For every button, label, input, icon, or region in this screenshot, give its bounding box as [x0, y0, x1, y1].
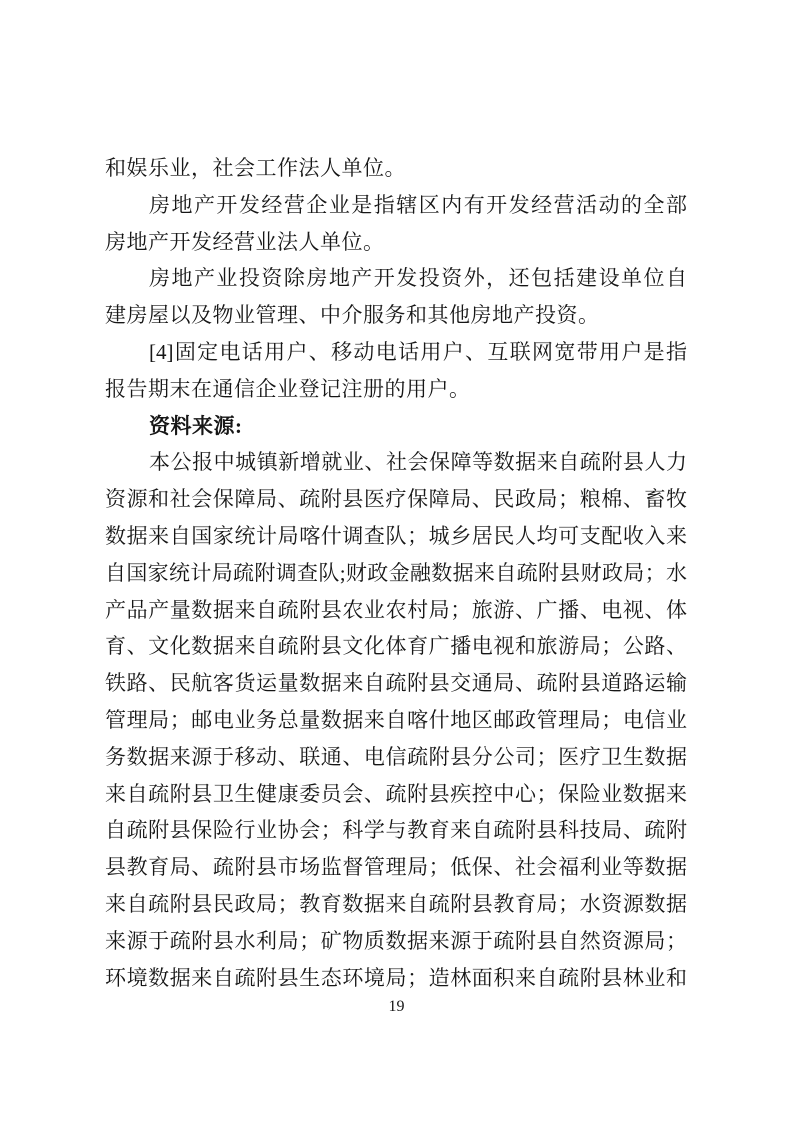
text-line: 房地产业投资除房地产开发投资外，还包括建设单位自 — [105, 260, 687, 297]
text-line: 铁路、民航客货运量数据来自疏附县交通局、疏附县道路运输 — [105, 665, 687, 702]
text-line: 来自疏附县民政局；教育数据来自疏附县教育局；水资源数据 — [105, 886, 687, 923]
section-heading-line: 资料来源: — [105, 408, 687, 445]
text-line: 数据来自国家统计局喀什调查队；城乡居民人均可支配收入来 — [105, 518, 687, 555]
page-number: 19 — [0, 997, 793, 1017]
body-text-block: 和娱乐业，社会工作法人单位。房地产开发经营企业是指辖区内有开发经营活动的全部房地… — [105, 150, 687, 996]
text-line: 报告期末在通信企业登记注册的用户。 — [105, 371, 687, 408]
text-line: 育、文化数据来自疏附县文化体育广播电视和旅游局；公路、 — [105, 628, 687, 665]
text-line: 来自疏附县卫生健康委员会、疏附县疾控中心；保险业数据来 — [105, 776, 687, 813]
text-line: 自疏附县保险行业协会；科学与教育来自疏附县科技局、疏附 — [105, 812, 687, 849]
text-line: 建房屋以及物业管理、中介服务和其他房地产投资。 — [105, 297, 687, 334]
text-line: [4]固定电话用户、移动电话用户、互联网宽带用户是指 — [105, 334, 687, 371]
text-line: 本公报中城镇新增就业、社会保障等数据来自疏附县人力 — [105, 444, 687, 481]
text-line: 务数据来源于移动、联通、电信疏附县分公司；医疗卫生数据 — [105, 739, 687, 776]
text-line: 资源和社会保障局、疏附县医疗保障局、民政局；粮棉、畜牧 — [105, 481, 687, 518]
text-line: 自国家统计局疏附调查队;财政金融数据来自疏附县财政局；水 — [105, 555, 687, 592]
text-line: 环境数据来自疏附县生态环境局；造林面积来自疏附县林业和 — [105, 960, 687, 997]
text-line: 房地产开发经营企业是指辖区内有开发经营活动的全部 — [105, 187, 687, 224]
document-page: 和娱乐业，社会工作法人单位。房地产开发经营企业是指辖区内有开发经营活动的全部房地… — [0, 0, 793, 1122]
text-line: 来源于疏附县水利局；矿物质数据来源于疏附县自然资源局； — [105, 923, 687, 960]
text-line: 房地产开发经营业法人单位。 — [105, 224, 687, 261]
text-line: 和娱乐业，社会工作法人单位。 — [105, 150, 687, 187]
text-line: 产品产量数据来自疏附县农业农村局；旅游、广播、电视、体 — [105, 592, 687, 629]
text-line: 管理局；邮电业务总量数据来自喀什地区邮政管理局；电信业 — [105, 702, 687, 739]
text-line: 县教育局、疏附县市场监督管理局；低保、社会福利业等数据 — [105, 849, 687, 886]
